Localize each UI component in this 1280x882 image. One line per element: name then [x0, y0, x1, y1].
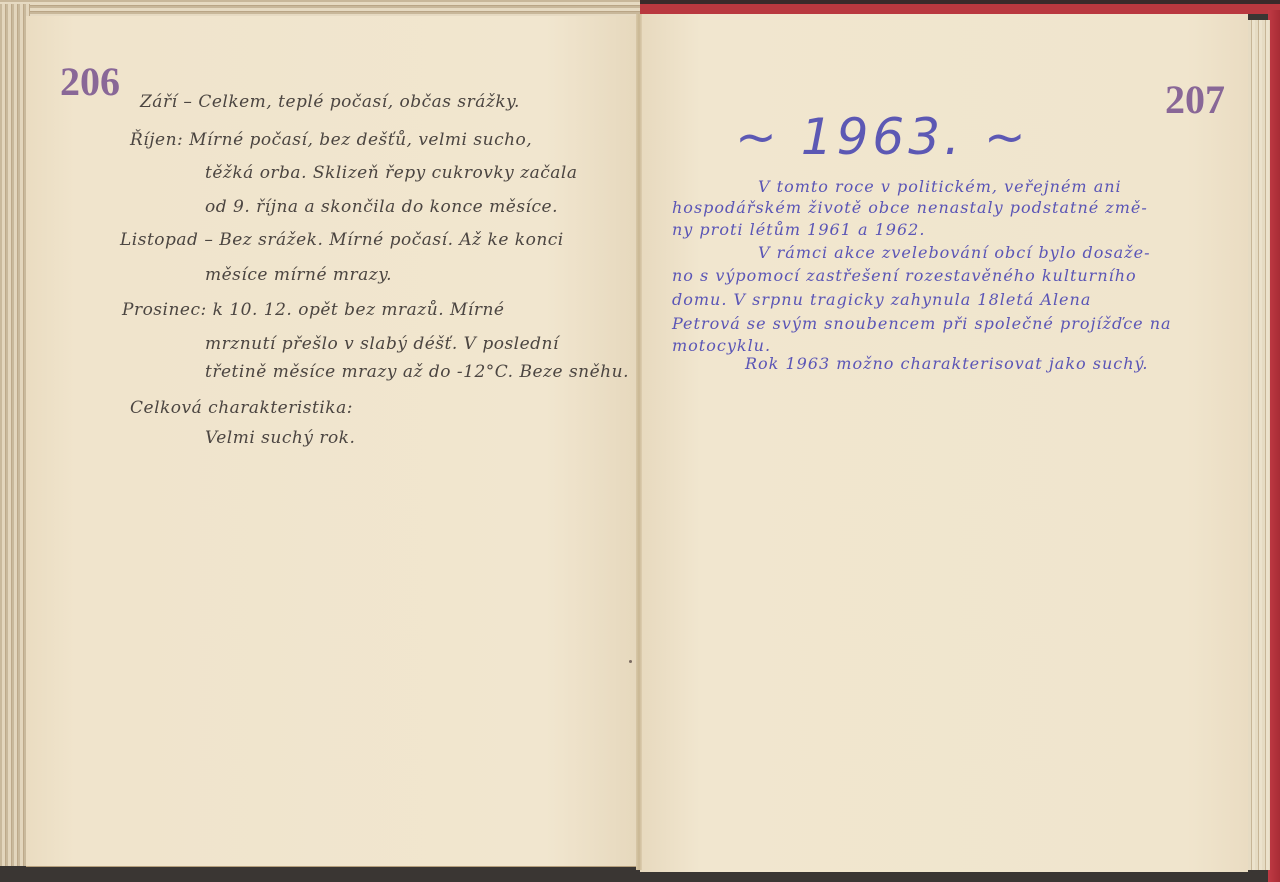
page-number-right: 207	[1165, 76, 1225, 123]
open-book: 206 Září – Celkem, teplé počasí, občas s…	[0, 0, 1280, 882]
handwritten-line: měsíce mírné mrazy.	[205, 265, 392, 285]
book-gutter	[636, 14, 642, 870]
handwritten-line: Listopad – Bez srážek. Mírné počasí. Až …	[120, 230, 564, 250]
page-number-left: 206	[60, 58, 120, 105]
year-heading: ~ 1963. ~	[735, 108, 1030, 166]
handwritten-line: od 9. října a skončila do konce měsíce.	[205, 197, 558, 217]
handwritten-line: mrznutí přešlo v slabý déšť. V poslední	[205, 334, 559, 354]
handwritten-line: Září – Celkem, teplé počasí, občas srážk…	[140, 92, 520, 112]
handwritten-line: Celková charakteristika:	[130, 398, 353, 418]
paper-speck	[629, 660, 632, 663]
handwritten-line: domu. V srpnu tragicky zahynula 18letá A…	[672, 290, 1091, 309]
handwritten-line: Velmi suchý rok.	[205, 428, 355, 448]
handwritten-line: ny proti létům 1961 a 1962.	[672, 220, 925, 239]
handwritten-line: Rok 1963 možno charakterisovat jako such…	[745, 354, 1149, 373]
handwritten-line: motocyklu.	[672, 336, 771, 355]
handwritten-line: V tomto roce v politickém, veřejném ani	[758, 177, 1122, 196]
page-stack-right-edge	[1248, 20, 1270, 870]
handwritten-line: třetině měsíce mrazy až do -12°C. Beze s…	[205, 362, 629, 382]
handwritten-line: V rámci akce zvelebování obcí bylo dosaž…	[758, 243, 1150, 262]
handwritten-line: těžká orba. Sklizeň řepy cukrovky začala	[205, 163, 578, 183]
handwritten-line: hospodářském životě obce nenastaly podst…	[672, 198, 1148, 217]
handwritten-line: Prosinec: k 10. 12. opět bez mrazů. Mírn…	[122, 300, 505, 320]
handwritten-line: no s výpomocí zastřešení rozestavěného k…	[672, 266, 1137, 285]
book-cover-top	[640, 0, 1280, 14]
handwritten-line: Říjen: Mírné počasí, bez dešťů, velmi su…	[130, 130, 532, 150]
page-stack-top-edge	[0, 0, 640, 16]
handwritten-line: Petrová se svým snoubencem při společné …	[672, 314, 1172, 333]
